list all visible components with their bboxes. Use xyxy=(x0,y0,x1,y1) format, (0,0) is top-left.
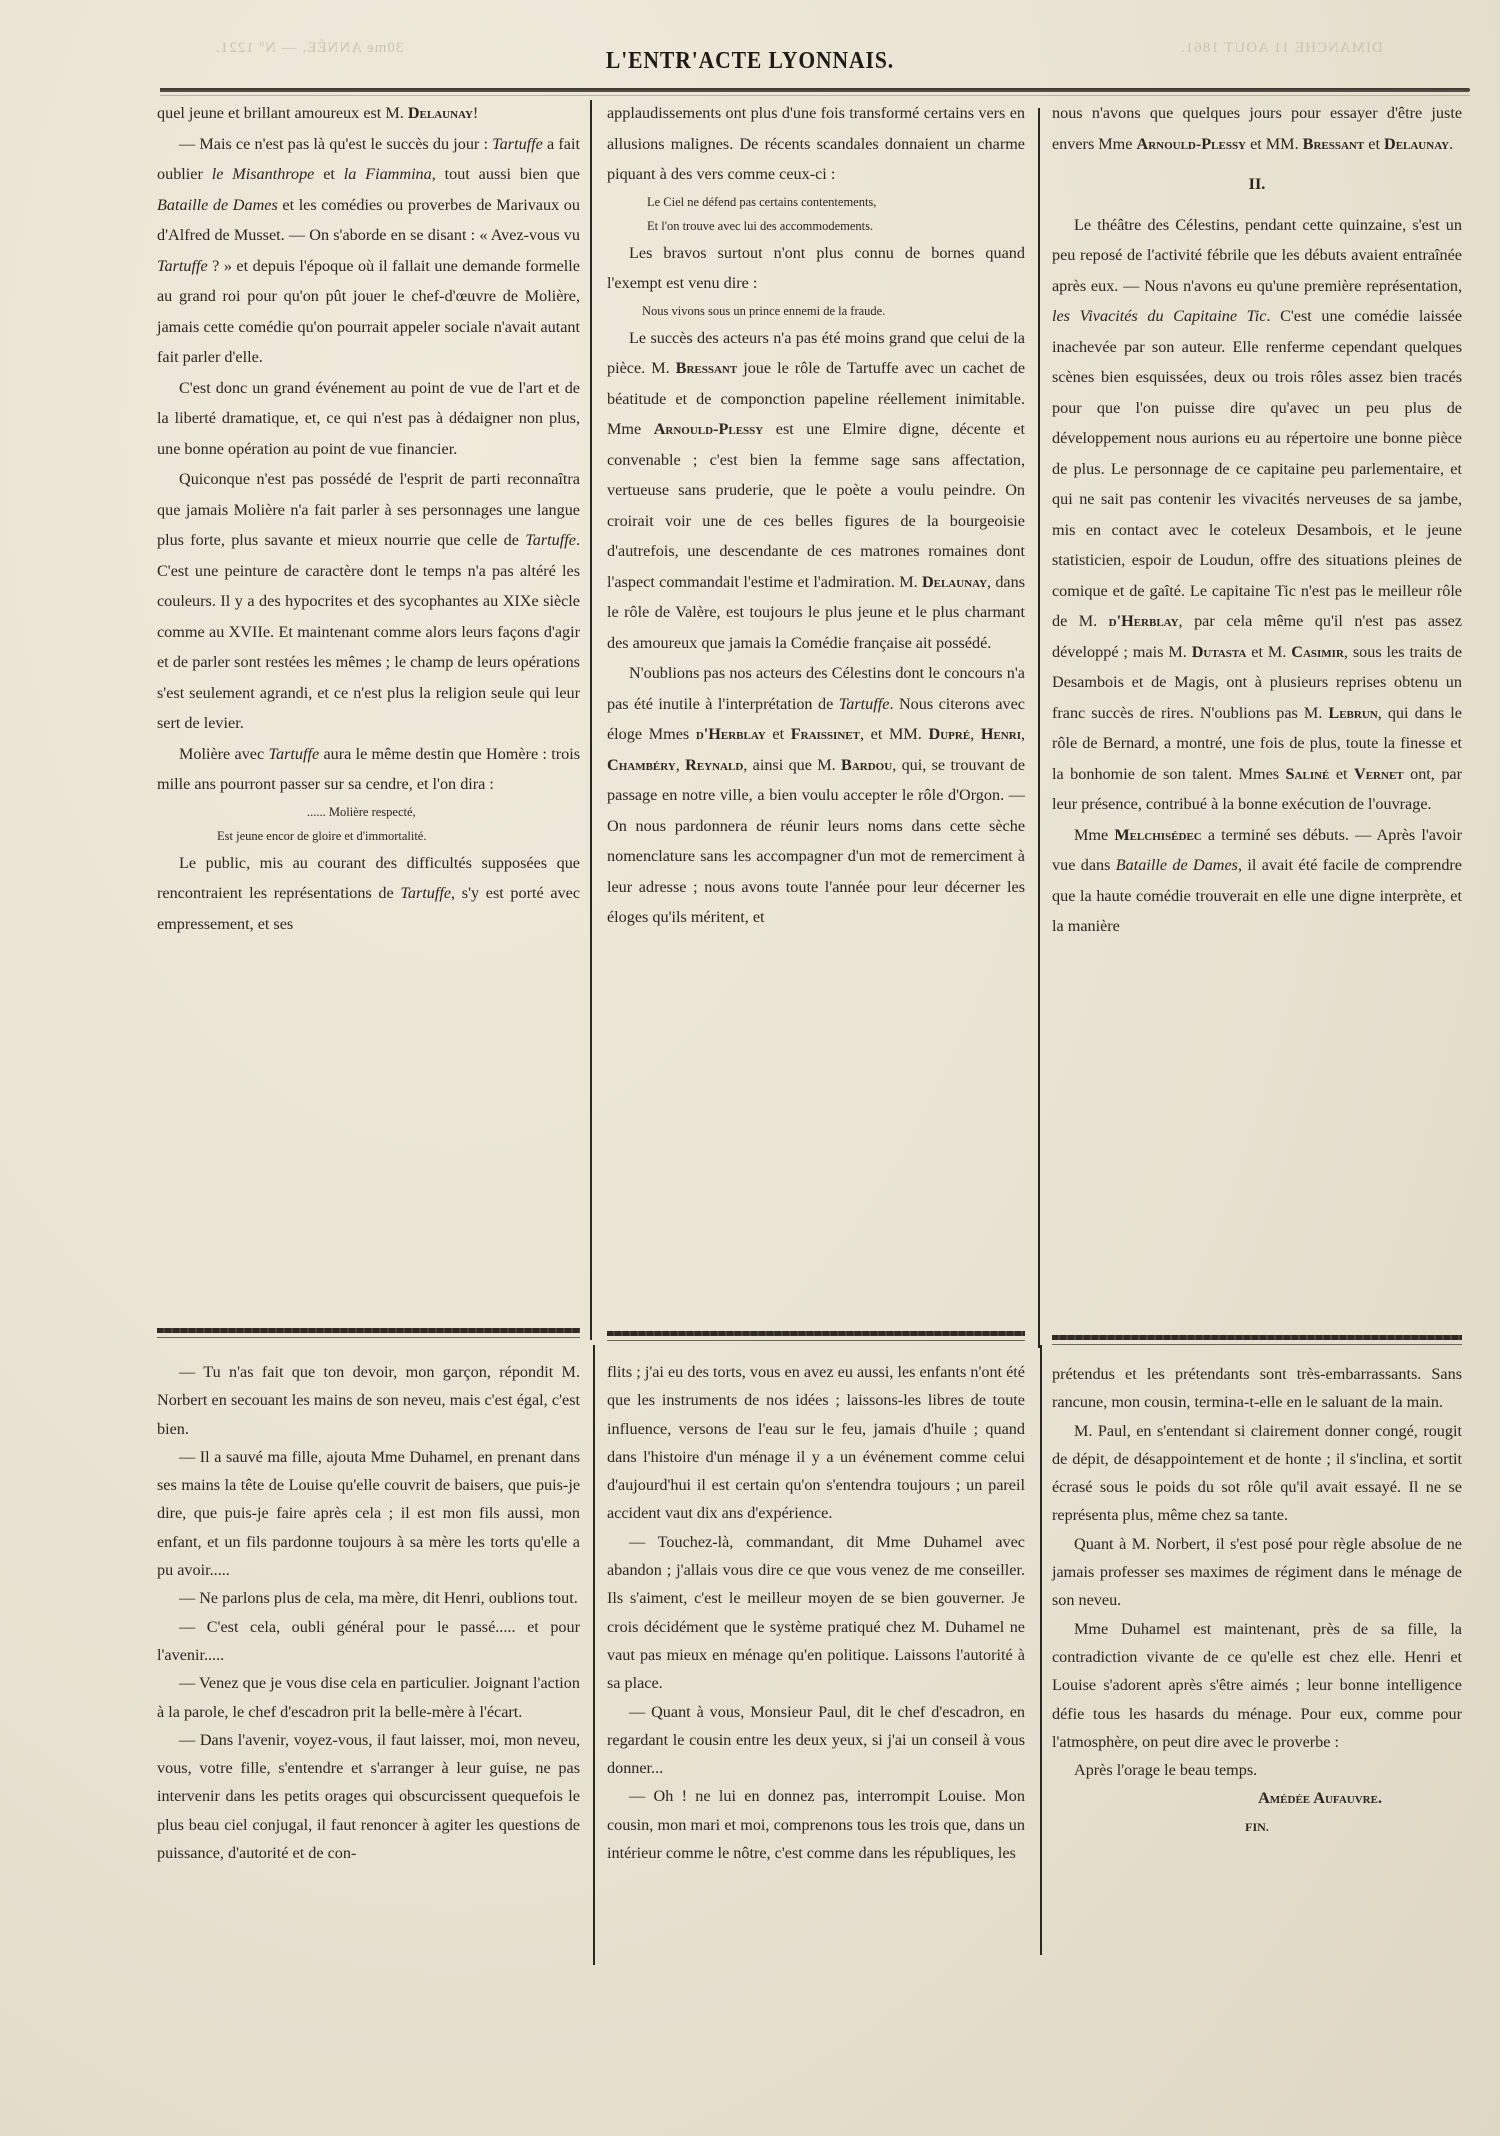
paragraph: M. Paul, en s'entendant si clairement do… xyxy=(1052,1417,1462,1530)
paragraph: Quiconque n'est pas possédé de l'esprit … xyxy=(157,464,580,739)
column-divider xyxy=(1038,108,1040,1348)
feuilleton-separator xyxy=(607,1331,1025,1336)
paragraph: — Ne parlons plus de cela, ma mère, dit … xyxy=(157,1584,580,1612)
paragraph: N'oublions pas nos acteurs des Célestins… xyxy=(607,658,1025,933)
author-signature: Amédée Aufauvre. xyxy=(1052,1784,1462,1812)
header-rule xyxy=(160,88,1470,92)
paragraph: Les bravos surtout n'ont plus connu de b… xyxy=(607,238,1025,299)
paragraph: — Oh ! ne lui en donnez pas, interrompit… xyxy=(607,1782,1025,1867)
verse-line: ...... Molière respecté, xyxy=(157,800,580,824)
paragraph: applaudissements ont plus d'une fois tra… xyxy=(607,98,1025,190)
verse-line: Et l'on trouve avec lui des accommodemen… xyxy=(607,214,1025,238)
paragraph: Molière avec Tartuffe aura le même desti… xyxy=(157,739,580,800)
end-marker: FIN. xyxy=(1052,1813,1462,1841)
paragraph: — Venez que je vous dise cela en particu… xyxy=(157,1669,580,1726)
paragraph: — Tu n'as fait que ton devoir, mon garço… xyxy=(157,1358,580,1443)
feuilleton-column-1: — Tu n'as fait que ton devoir, mon garço… xyxy=(157,1358,580,1867)
paragraph: — Mais ce n'est pas là qu'est le succès … xyxy=(157,129,580,373)
paragraph: — Dans l'avenir, voyez-vous, il faut lai… xyxy=(157,1726,580,1867)
feuilleton-separator xyxy=(1052,1335,1462,1340)
paragraph: — C'est cela, oubli général pour le pass… xyxy=(157,1613,580,1670)
verse-line: Est jeune encor de gloire et d'immortali… xyxy=(157,824,580,848)
paragraph: flits ; j'ai eu des torts, vous en avez … xyxy=(607,1358,1025,1528)
paragraph: Quant à M. Norbert, il s'est posé pour r… xyxy=(1052,1530,1462,1615)
column-divider xyxy=(590,100,592,1340)
paragraph: — Touchez-là, commandant, dit Mme Duhame… xyxy=(607,1528,1025,1698)
paragraph: Le théâtre des Célestins, pendant cette … xyxy=(1052,210,1462,820)
column-divider xyxy=(1040,1345,1042,1955)
article-column-3: nous n'avons que quelques jours pour ess… xyxy=(1052,98,1462,942)
paragraph: quel jeune et brillant amoureux est M. D… xyxy=(157,98,580,129)
paragraph: nous n'avons que quelques jours pour ess… xyxy=(1052,98,1462,159)
verse-line: Nous vivons sous un prince ennemi de la … xyxy=(607,299,1025,323)
newspaper-page: 30me ANNÉE. — Nº 1221. DIMANCHE 11 AOUT … xyxy=(0,0,1500,2136)
paragraph: prétendus et les prétendants sont très-e… xyxy=(1052,1360,1462,1417)
paragraph: Après l'orage le beau temps. xyxy=(1052,1756,1462,1784)
paragraph: Le succès des acteurs n'a pas été moins … xyxy=(607,323,1025,659)
article-column-2: applaudissements ont plus d'une fois tra… xyxy=(607,98,1025,933)
paragraph: Mme Duhamel est maintenant, près de sa f… xyxy=(1052,1615,1462,1756)
section-number: II. xyxy=(1052,169,1462,200)
paragraph: Le public, mis au courant des difficulté… xyxy=(157,848,580,940)
paragraph: — Quant à vous, Monsieur Paul, dit le ch… xyxy=(607,1698,1025,1783)
feuilleton-column-2: flits ; j'ai eu des torts, vous en avez … xyxy=(607,1358,1025,1867)
paragraph: — Il a sauvé ma fille, ajouta Mme Duhame… xyxy=(157,1443,580,1584)
feuilleton-column-3: prétendus et les prétendants sont très-e… xyxy=(1052,1360,1462,1841)
article-column-1: quel jeune et brillant amoureux est M. D… xyxy=(157,98,580,939)
masthead-title: L'ENTR'ACTE LYONNAIS. xyxy=(75,48,1425,75)
feuilleton-separator xyxy=(157,1328,580,1333)
verse-line: Le Ciel ne défend pas certains contentem… xyxy=(607,190,1025,214)
column-divider xyxy=(593,1345,595,1965)
paragraph: C'est donc un grand événement au point d… xyxy=(157,373,580,465)
paragraph: Mme Melchisédec a terminé ses débuts. — … xyxy=(1052,820,1462,942)
